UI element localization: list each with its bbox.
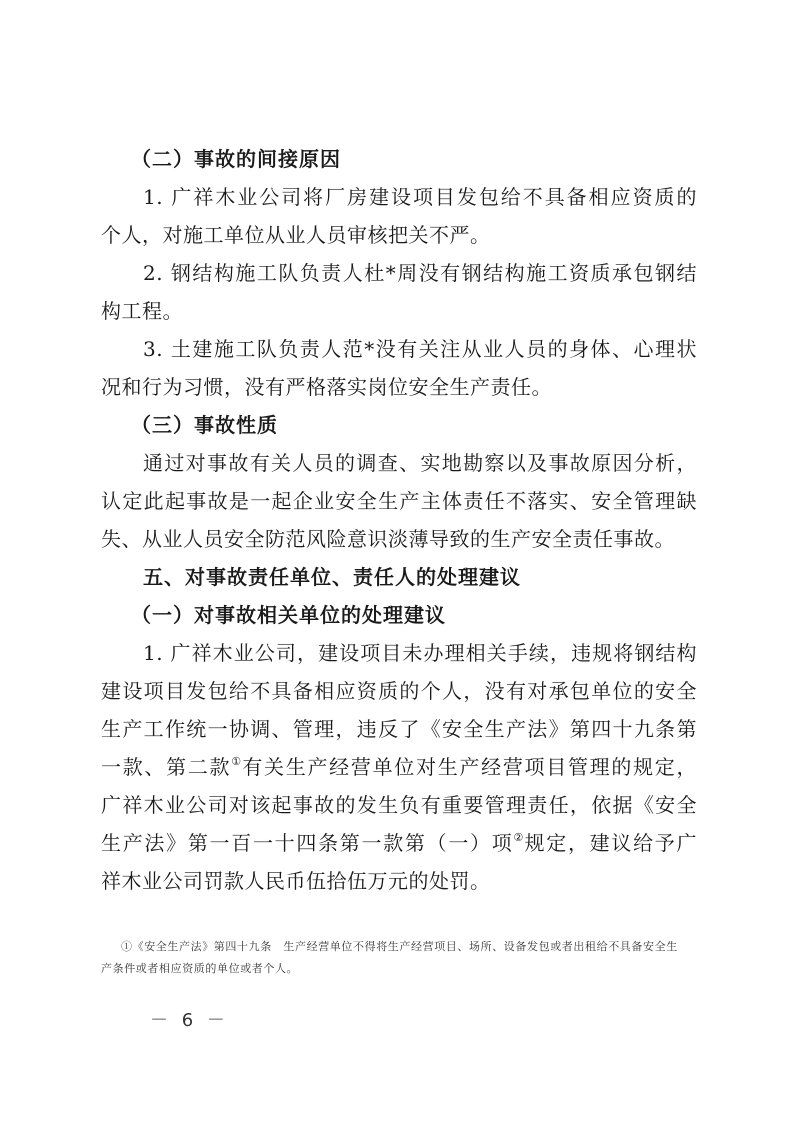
paragraph-line: 广祥木业公司对该起事故的发生负有重要管理责任，依据《安全: [101, 793, 697, 817]
paragraph-line: 2. 钢结构施工队负责人杜*周没有钢结构施工资质承包钢结: [143, 261, 697, 285]
paragraph-line: 3. 土建施工队负责人范*没有关注从业人员的身体、心理状: [143, 337, 697, 361]
footnote-ref-2[interactable]: ②: [513, 831, 524, 844]
paragraph-line: 失、从业人员安全防范风险意识淡薄导致的生产安全责任事故。: [101, 527, 697, 551]
text-run: 有关生产经营单位对生产经营项目管理的规定，: [242, 755, 697, 779]
footnote-line: 产条件或者相应资质的单位或者个人。: [101, 958, 701, 980]
text-run: 规定，建议给予广: [525, 831, 697, 855]
paragraph-line: 通过对事故有关人员的调查、实地勘察以及事故原因分析，: [143, 451, 697, 475]
paragraph-line: 1. 广祥木业公司将厂房建设项目发包给不具备相应资质的: [143, 185, 697, 209]
paragraph-line: 认定此起事故是一起企业安全生产主体责任不落实、安全管理缺: [101, 489, 697, 513]
paragraph-line: 构工程。: [101, 299, 697, 323]
paragraph-line: 况和行为习惯，没有严格落实岗位安全生产责任。: [101, 375, 697, 399]
section-heading-accident-nature: （三）事故性质: [131, 413, 727, 437]
chapter-heading-handling-suggestions: 五、对事故责任单位、责任人的处理建议: [143, 565, 739, 589]
footnote-line: ①《安全生产法》第四十九条 生产经营单位不得将生产经营项目、场所、设备发包或者出…: [121, 936, 701, 958]
paragraph-line: 建设项目发包给不具备相应资质的个人，没有对承包单位的安全: [101, 679, 697, 703]
paragraph-line: 1. 广祥木业公司，建设项目未办理相关手续，违规将钢结构: [143, 641, 697, 665]
text-run: 生产法》第一百一十四条第一款第（一）项: [101, 831, 513, 855]
document-page: （二）事故的间接原因 1. 广祥木业公司将厂房建设项目发包给不具备相应资质的 个…: [0, 0, 793, 1122]
paragraph-line: 生产工作统一协调、管理，违反了《安全生产法》第四十九条第: [101, 717, 697, 741]
footnote: ①《安全生产法》第四十九条 生产经营单位不得将生产经营项目、场所、设备发包或者出…: [121, 936, 701, 980]
footnote-ref-1[interactable]: ①: [231, 755, 242, 768]
text-run: 一款、第二款: [101, 755, 231, 779]
section-heading-unit-handling: （一）对事故相关单位的处理建议: [131, 603, 727, 627]
paragraph-line: 个人，对施工单位从业人员审核把关不严。: [101, 223, 697, 247]
paragraph-line: 一款、第二款①有关生产经营单位对生产经营项目管理的规定，: [101, 755, 697, 779]
paragraph-line: 生产法》第一百一十四条第一款第（一）项②规定，建议给予广: [101, 831, 697, 855]
page-number: － 6 －: [150, 1006, 229, 1032]
paragraph-line: 祥木业公司罚款人民币伍拾伍万元的处罚。: [101, 869, 697, 893]
section-heading-indirect-causes: （二）事故的间接原因: [131, 147, 727, 171]
